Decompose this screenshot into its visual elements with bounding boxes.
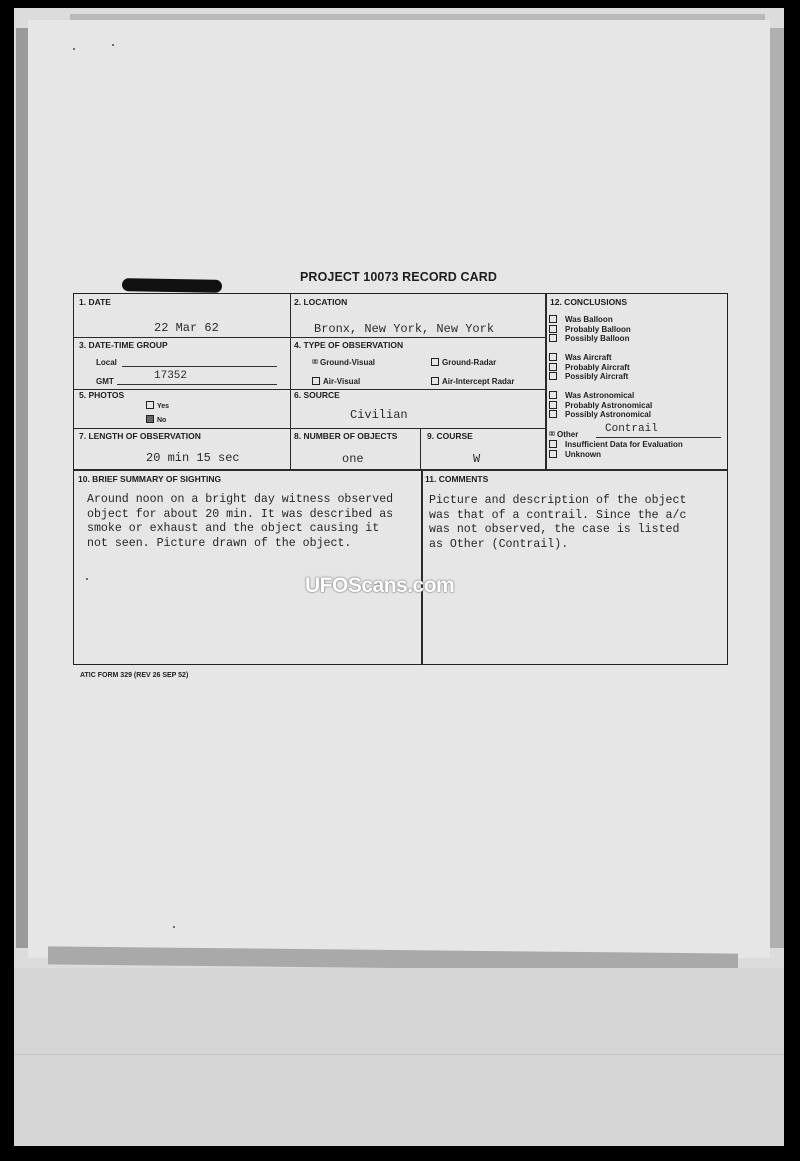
scan-speck: [73, 48, 75, 50]
divider: [74, 337, 545, 338]
conclusion-was-balloon[interactable]: Was Balloon: [549, 315, 613, 324]
check-x-icon: ⌧: [312, 358, 318, 369]
option-air-intercept-radar[interactable]: Air-Intercept Radar: [431, 377, 514, 386]
option-air-visual[interactable]: Air-Visual: [312, 377, 360, 386]
checkbox-icon: [549, 334, 557, 342]
scan-right-shadow: [770, 28, 784, 948]
lower-sheet-fold: [14, 1054, 784, 1055]
checkbox-icon: [549, 363, 557, 371]
local-underline: [122, 366, 277, 367]
comments-text: Picture and description of the object wa…: [429, 494, 686, 552]
type-of-observation-label: 4. TYPE OF OBSERVATION: [294, 340, 403, 350]
scan-speck: [112, 44, 114, 46]
lower-sheet: [14, 968, 784, 1146]
checkbox-icon: [549, 315, 557, 323]
option-photos-yes[interactable]: Yes: [146, 401, 169, 410]
scan-left-shadow: [16, 28, 28, 948]
brief-summary-text: Around noon on a bright day witness obse…: [87, 493, 393, 551]
source-value: Civilian: [350, 408, 408, 422]
checkbox-icon: [549, 325, 557, 333]
conclusion-possibly-balloon[interactable]: Possibly Balloon: [549, 334, 629, 343]
source-label: 6. SOURCE: [294, 390, 340, 400]
conclusion-was-astronomical[interactable]: Was Astronomical: [549, 391, 634, 400]
watermark: UFOScans.com: [305, 574, 454, 598]
conclusions-label: 12. CONCLUSIONS: [550, 297, 627, 307]
checkbox-icon: [312, 377, 320, 385]
conclusion-probably-aircraft[interactable]: Probably Aircraft: [549, 363, 630, 372]
conclusion-probably-astronomical[interactable]: Probably Astronomical: [549, 401, 652, 410]
divider: [421, 469, 423, 665]
checkbox-icon: [146, 401, 154, 409]
checkbox-icon: [549, 410, 557, 418]
divider: [420, 428, 421, 469]
conclusion-insufficient-data[interactable]: Insufficient Data for Evaluation: [549, 440, 683, 449]
location-value: Bronx, New York, New York: [314, 322, 494, 336]
date-time-group-label: 3. DATE-TIME GROUP: [79, 340, 168, 350]
conclusion-unknown[interactable]: Unknown: [549, 450, 601, 459]
form-id: ATIC FORM 329 (REV 26 SEP 52): [80, 672, 188, 679]
other-underline: [596, 437, 721, 438]
checkbox-icon: [549, 353, 557, 361]
checkbox-icon: [549, 450, 557, 458]
option-ground-radar[interactable]: Ground-Radar: [431, 358, 496, 367]
checkbox-icon: [549, 401, 557, 409]
card-title: PROJECT 10073 RECORD CARD: [300, 270, 497, 284]
date-label: 1. DATE: [79, 297, 111, 307]
brief-summary-label: 10. BRIEF SUMMARY OF SIGHTING: [78, 474, 221, 484]
divider: [74, 469, 727, 471]
conclusion-other-value: Contrail: [605, 423, 658, 435]
course-label: 9. COURSE: [427, 431, 473, 441]
redaction-mark: [122, 278, 222, 293]
location-label: 2. LOCATION: [294, 297, 347, 307]
checkbox-checked-icon: [146, 415, 154, 423]
checkbox-icon: [431, 377, 439, 385]
gmt-value: 17352: [154, 370, 187, 382]
checkbox-icon: [431, 358, 439, 366]
divider: [545, 294, 547, 470]
date-value: 22 Mar 62: [154, 321, 219, 335]
course-value: W: [473, 452, 480, 466]
divider: [290, 294, 291, 470]
checkbox-icon: [549, 372, 557, 380]
length-of-observation-label: 7. LENGTH OF OBSERVATION: [79, 431, 201, 441]
local-label: Local: [96, 358, 117, 367]
conclusion-possibly-aircraft[interactable]: Possibly Aircraft: [549, 372, 628, 381]
length-of-observation-value: 20 min 15 sec: [146, 451, 240, 465]
conclusion-probably-balloon[interactable]: Probably Balloon: [549, 325, 631, 334]
conclusion-was-aircraft[interactable]: Was Aircraft: [549, 353, 612, 362]
gmt-underline: [117, 384, 277, 385]
number-of-objects-value: one: [342, 452, 364, 466]
checkbox-icon: [549, 391, 557, 399]
option-ground-visual[interactable]: ⌧Ground-Visual: [312, 357, 375, 369]
gmt-label: GMT: [96, 377, 114, 386]
option-photos-no[interactable]: No: [146, 415, 166, 424]
comments-label: 11. COMMENTS: [425, 474, 488, 484]
conclusion-possibly-astronomical[interactable]: Possibly Astronomical: [549, 410, 651, 419]
divider: [74, 428, 545, 429]
checkbox-icon: [549, 440, 557, 448]
photos-label: 5. PHOTOS: [79, 390, 124, 400]
scan-speck: [173, 926, 175, 928]
number-of-objects-label: 8. NUMBER OF OBJECTS: [294, 431, 397, 441]
